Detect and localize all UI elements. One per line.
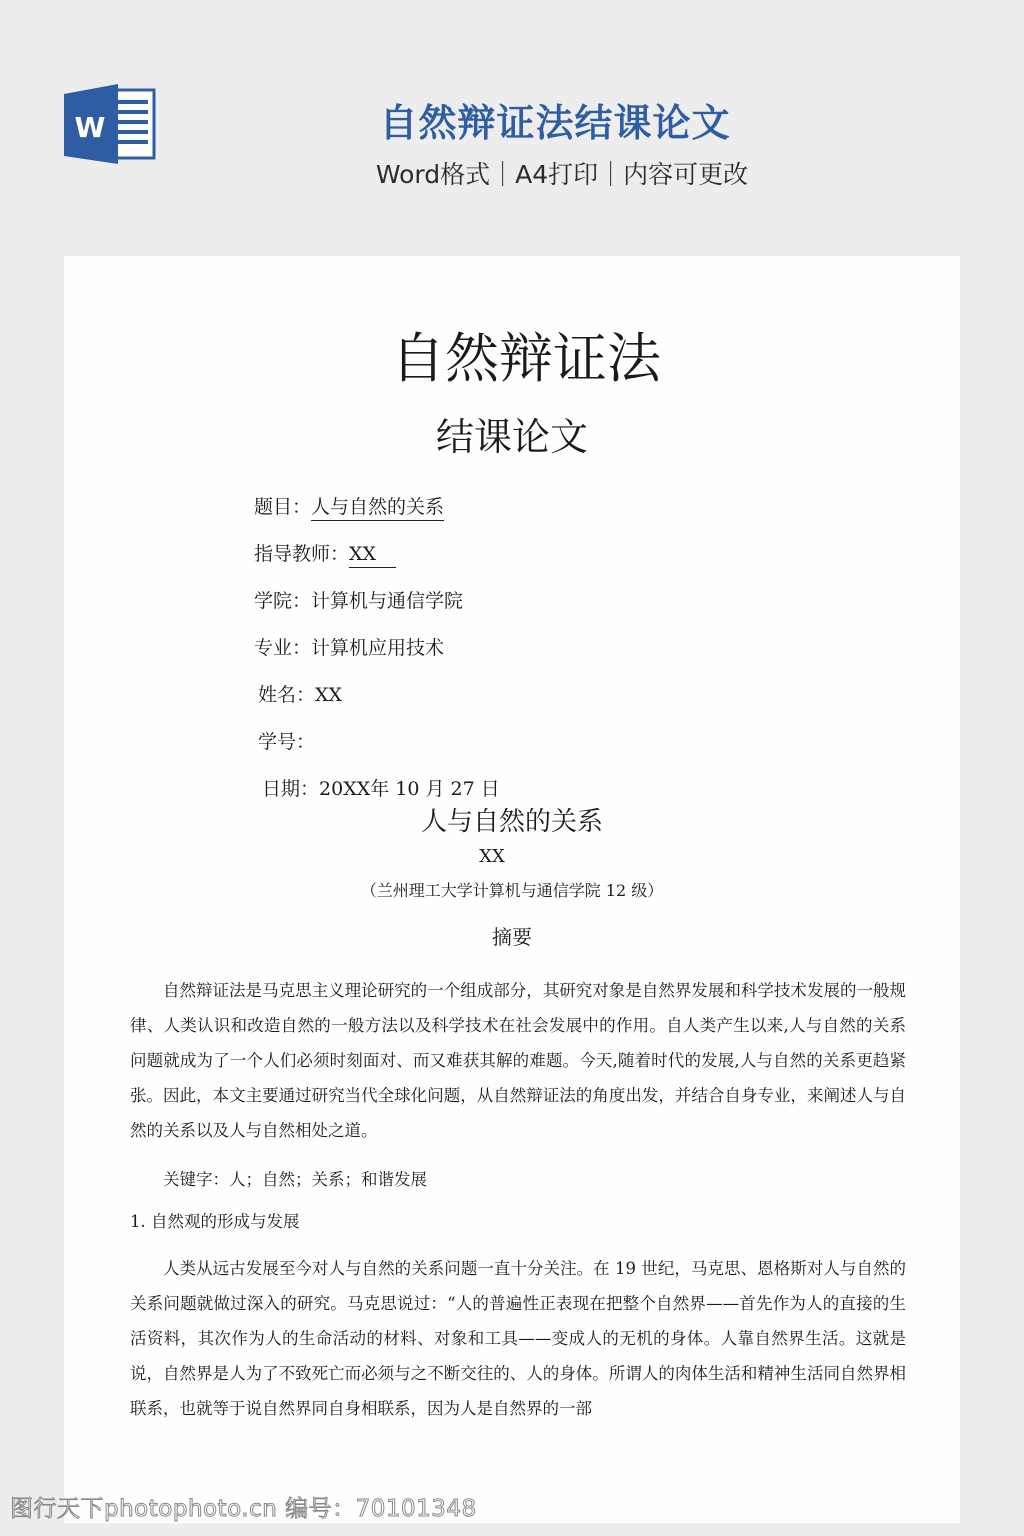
paper-author: XX (64, 846, 920, 867)
field-name: 姓名：XX (258, 680, 342, 707)
paper-title: 人与自然的关系 (64, 801, 960, 838)
cover-title: 自然辩证法 (64, 316, 988, 393)
field-student-id: 学号： (258, 727, 315, 754)
paper-affiliation: （兰州理工大学计算机与通信学院 12 级） (64, 878, 960, 901)
section-1-heading: 1. 自然观的形成与发展 (130, 1204, 906, 1239)
document-page: 自然辩证法 结课论文 题目：人与自然的关系 指导教师：XX 学院：计算机与通信学… (64, 256, 960, 1523)
cover-subtitle: 结课论文 (64, 406, 960, 461)
abstract-text: 自然辩证法是马克思主义理论研究的一个组成部分，其研究对象是自然界发展和科学技术发… (130, 973, 906, 1148)
header-title: 自然辩证法结课论文 (0, 92, 1024, 147)
field-topic: 题目：人与自然的关系 (254, 492, 444, 519)
header-subtitle: Word格式｜A4打印｜内容可更改 (0, 155, 1024, 191)
field-major: 专业：计算机应用技术 (254, 633, 444, 660)
watermark: 图行天下photophoto.cn 编号：70101348 (10, 1490, 477, 1523)
section-1-text: 人类从远古发展至今对人与自然的关系问题一直十分关注。在 19 世纪，马克思、恩格… (130, 1251, 906, 1426)
keywords: 关键字：人；自然；关系；和谐发展 (130, 1162, 906, 1197)
field-topic-value: 人与自然的关系 (311, 496, 444, 521)
field-college: 学院：计算机与通信学院 (254, 586, 463, 613)
abstract-heading: 摘要 (64, 921, 960, 950)
field-advisor-value: XX (349, 543, 396, 568)
header: W 自然辩证法结课论文 Word格式｜A4打印｜内容可更改 (0, 0, 1024, 256)
field-advisor: 指导教师：XX (254, 539, 396, 566)
field-date: 日期：20XX年 10 月 27 日 (262, 774, 500, 801)
